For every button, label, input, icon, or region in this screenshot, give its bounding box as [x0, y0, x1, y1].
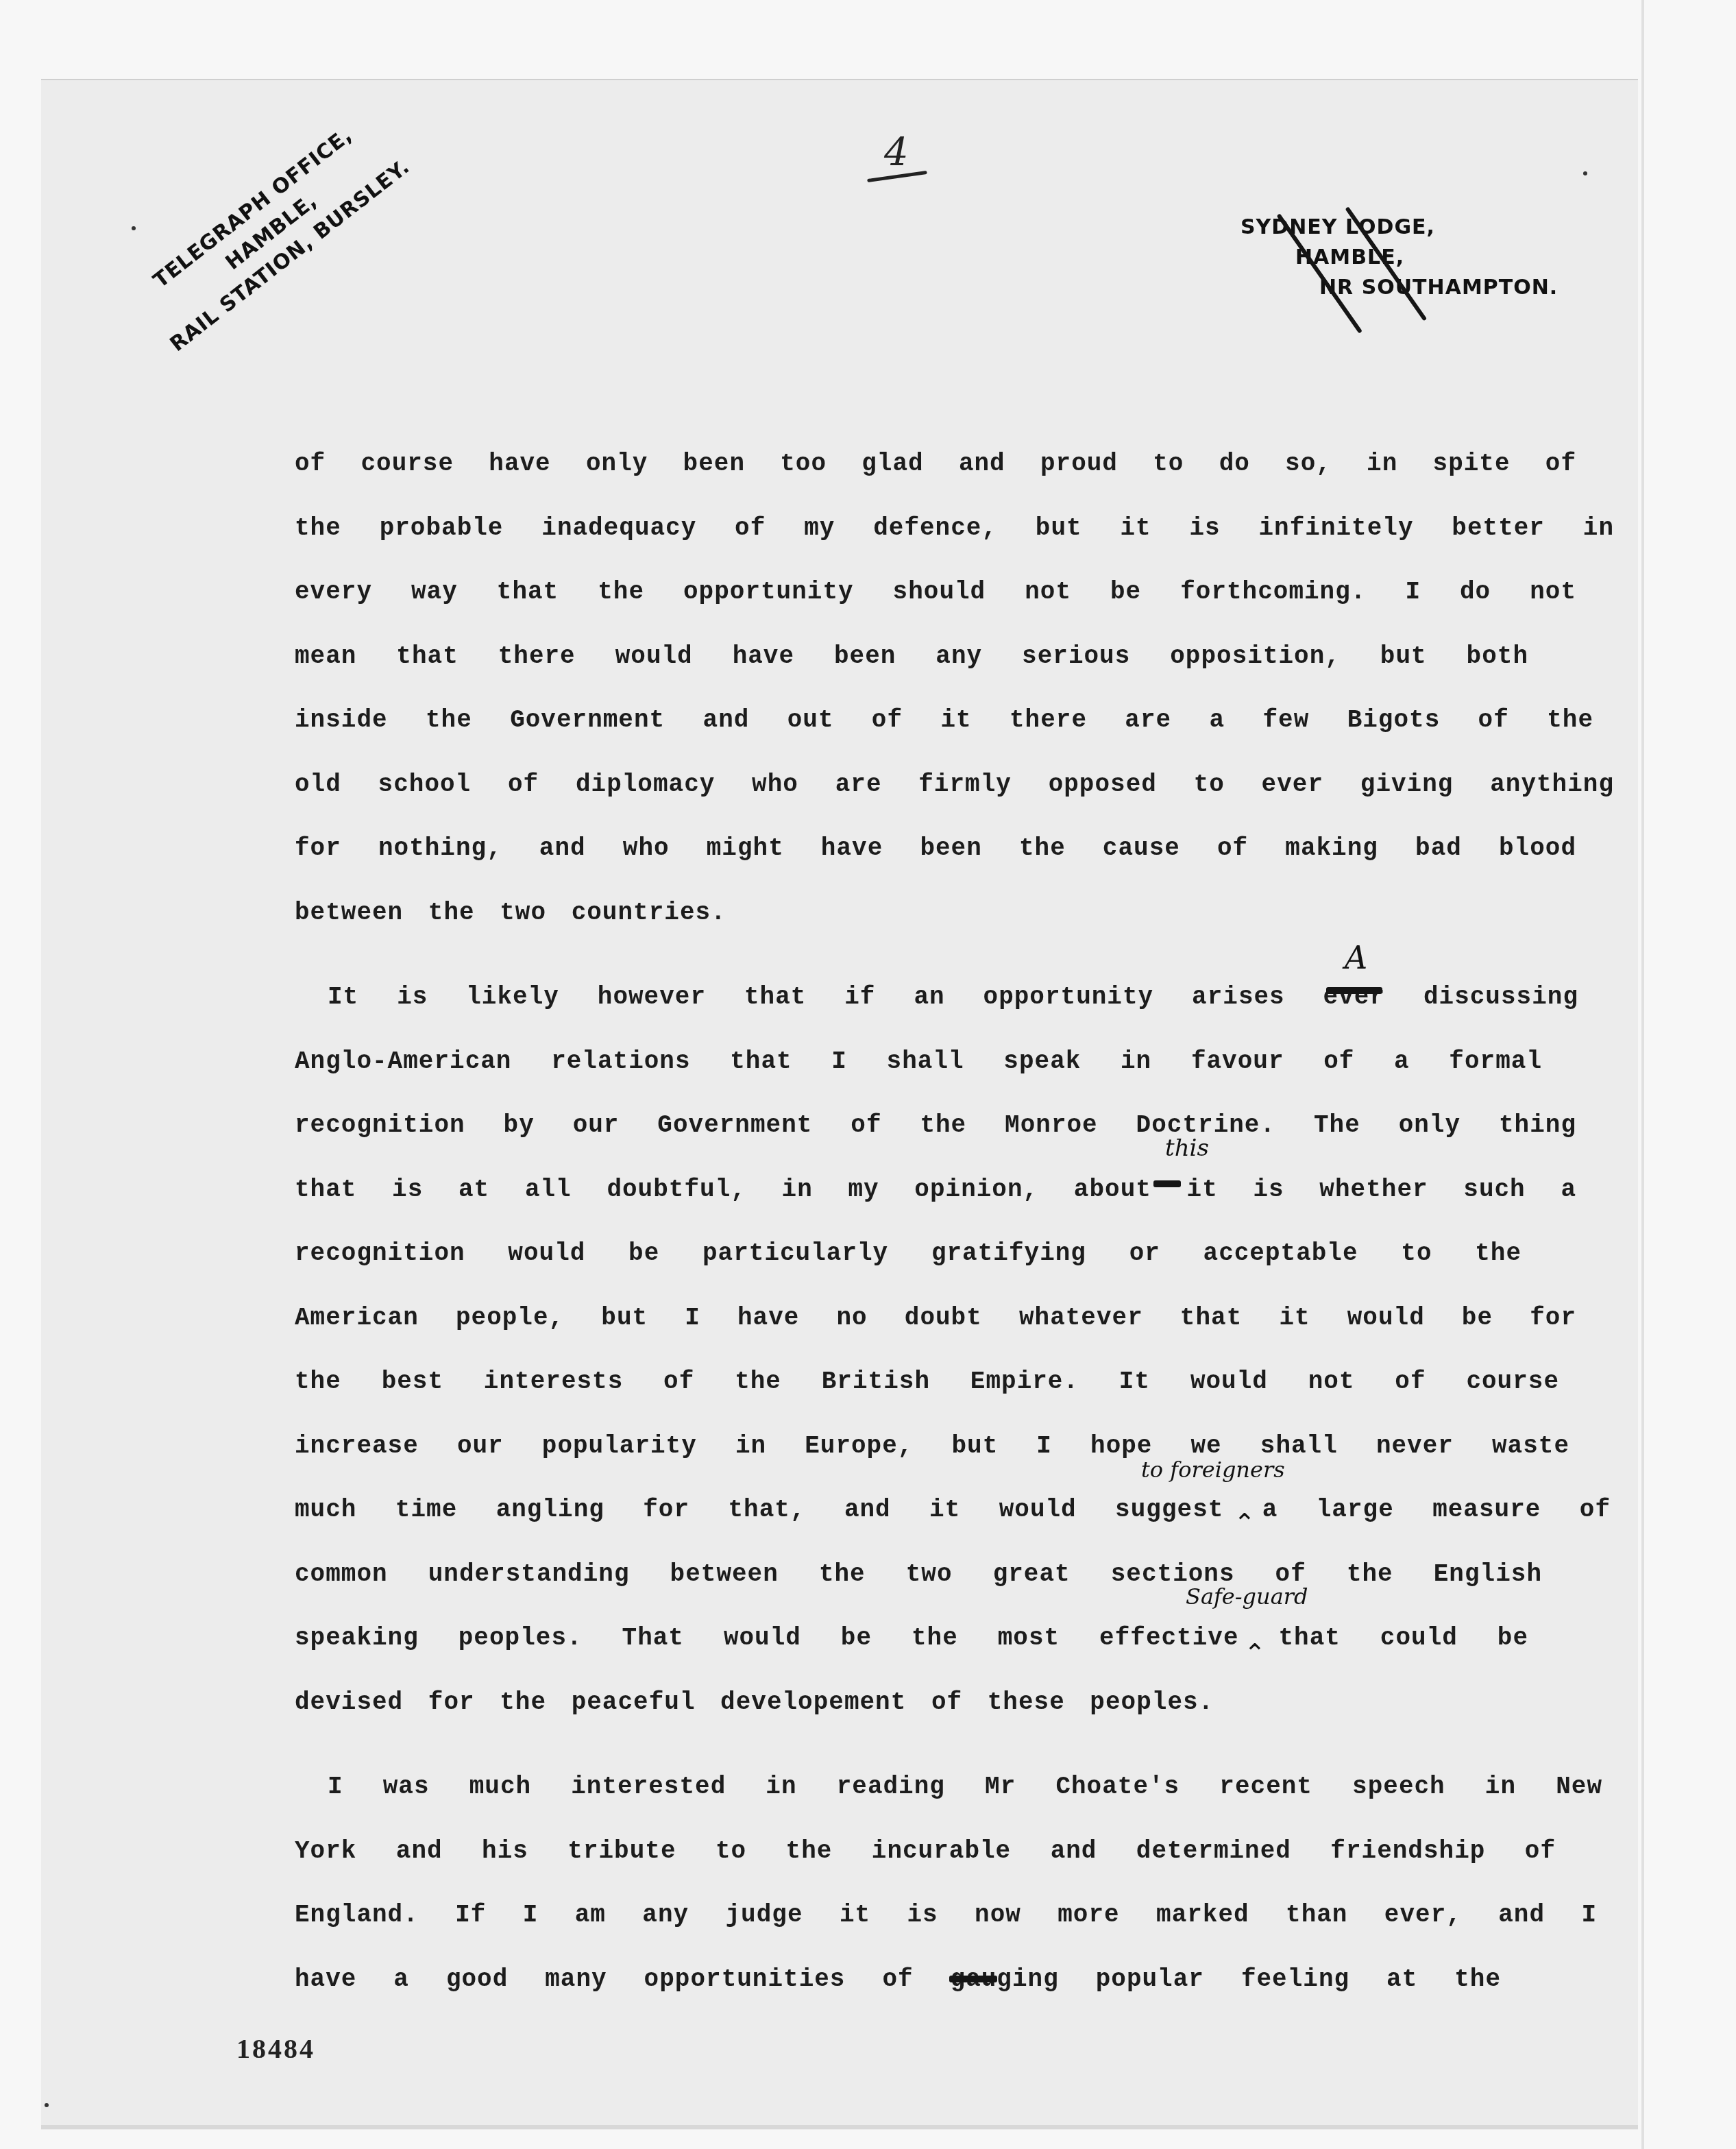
page-speck	[132, 226, 136, 230]
insertion-caret-icon: ⌃	[1234, 1508, 1256, 1538]
insertion-caret-icon: ⌃	[1244, 1638, 1266, 1668]
text-line: York and his tribute to the incurable an…	[295, 1819, 1556, 1884]
strikethrough-it	[1153, 1180, 1181, 1187]
text-line: speaking peoples. That would be the most…	[295, 1606, 1528, 1671]
text-line: the probable inadequacy of my defence, b…	[295, 496, 1614, 561]
address-line: NR SOUTHAMPTON.	[1319, 273, 1558, 303]
paragraph-2: It is likely however that if an opportun…	[295, 965, 1617, 1734]
text-line: recognition by our Government of the Mon…	[295, 1093, 1576, 1158]
page-speck	[45, 2103, 49, 2107]
text-line: inside the Government and out of it ther…	[295, 688, 1593, 753]
handwritten-correction-A: A	[1345, 939, 1367, 976]
address-line: HAMBLE,	[1295, 243, 1558, 273]
page-speck	[1583, 171, 1587, 175]
text-line: recognition would be particularly gratif…	[295, 1222, 1521, 1286]
text-line: devised for the peaceful developement of…	[295, 1671, 1617, 1735]
text-line: common understanding between the two gre…	[295, 1542, 1542, 1607]
text-line: for nothing, and who might have been the…	[295, 816, 1576, 881]
text-line: have a good many opportunities of gaugin…	[295, 1947, 1501, 2012]
paragraph-1: of course have only been too glad and pr…	[295, 432, 1617, 945]
handwritten-correction-this: this	[1165, 1134, 1209, 1162]
paragraph-3: I was much interested in reading Mr Choa…	[295, 1755, 1617, 2011]
document-id: 18484	[236, 2032, 315, 2065]
text-line: mean that there would have been any seri…	[295, 624, 1528, 689]
text-line: of course have only been too glad and pr…	[295, 432, 1576, 496]
strikethrough-gaug	[949, 1976, 997, 1982]
handwritten-page-number: 4	[884, 130, 909, 175]
handwritten-insert-safe-guard: Safe-guard	[1186, 1583, 1308, 1610]
text-line: the best interests of the British Empire…	[295, 1350, 1559, 1414]
text-line: American people, but I have no doubt wha…	[295, 1286, 1576, 1350]
page-edge-bottom	[41, 2125, 1638, 2129]
text-line: old school of diplomacy who are firmly o…	[295, 753, 1614, 817]
text-line: I was much interested in reading Mr Choa…	[295, 1755, 1602, 1819]
handwritten-insert-to-foreigners: to foreigners	[1141, 1457, 1285, 1483]
strikethrough-ever	[1326, 987, 1382, 994]
text-line: between the two countries.	[295, 881, 1617, 945]
letter-body: of course have only been too glad and pr…	[295, 432, 1617, 2032]
text-line: Anglo-American relations that I shall sp…	[295, 1030, 1542, 1094]
text-line: every way that the opportunity should no…	[295, 560, 1576, 624]
text-line: It is likely however that if an opportun…	[295, 965, 1578, 1030]
text-line: England. If I am any judge it is now mor…	[295, 1883, 1597, 1947]
text-line: that is at all doubtful, in my opinion, …	[295, 1158, 1576, 1222]
text-line: increase our popularity in Europe, but I…	[295, 1414, 1569, 1479]
text-line: much time angling for that, and it would…	[295, 1478, 1611, 1542]
page-edge-right	[1641, 0, 1644, 2149]
